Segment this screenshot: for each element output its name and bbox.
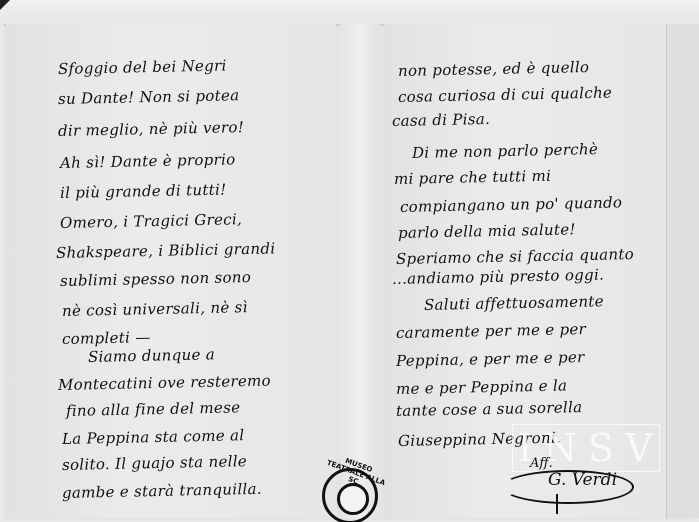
signature: G. Verdi: [548, 470, 617, 490]
text-line: su Dante! Non si potea: [58, 86, 240, 108]
right-margin: [667, 24, 699, 518]
closing-text: Aff.: [530, 456, 553, 471]
text-line: Ah sì! Dante è proprio: [60, 150, 236, 172]
text-line: Omero, i Tragici Greci,: [60, 210, 242, 232]
text-line: La Peppina sta come al: [62, 426, 245, 448]
page-fold: [340, 24, 380, 518]
text-line: il più grande di tutti!: [60, 181, 227, 202]
scan-corner: [0, 0, 10, 10]
watermark-letter: V: [625, 426, 654, 470]
text-line: solito. Il guajo sta nelle: [62, 452, 247, 474]
text-line: parlo della mia salute!: [398, 220, 576, 242]
text-line: Siamo dunque a: [88, 345, 215, 366]
text-line: Sfoggio del bei Negri: [58, 56, 227, 78]
text-line: Saluti affettuosamente: [424, 292, 604, 314]
watermark-letter: S: [588, 426, 616, 470]
text-line: me e per Peppina e la: [396, 376, 568, 398]
scan-top-edge: [0, 0, 699, 22]
signature-stroke: [556, 494, 558, 514]
text-line: fino alla fine del mese: [66, 398, 241, 420]
text-line: casa di Pisa.: [392, 110, 490, 130]
text-line: completi —: [62, 328, 151, 348]
museum-stamp: MUSEO TEATRALE ALLA SC: [322, 468, 378, 522]
text-line: mi pare che tutti mi: [394, 167, 552, 188]
